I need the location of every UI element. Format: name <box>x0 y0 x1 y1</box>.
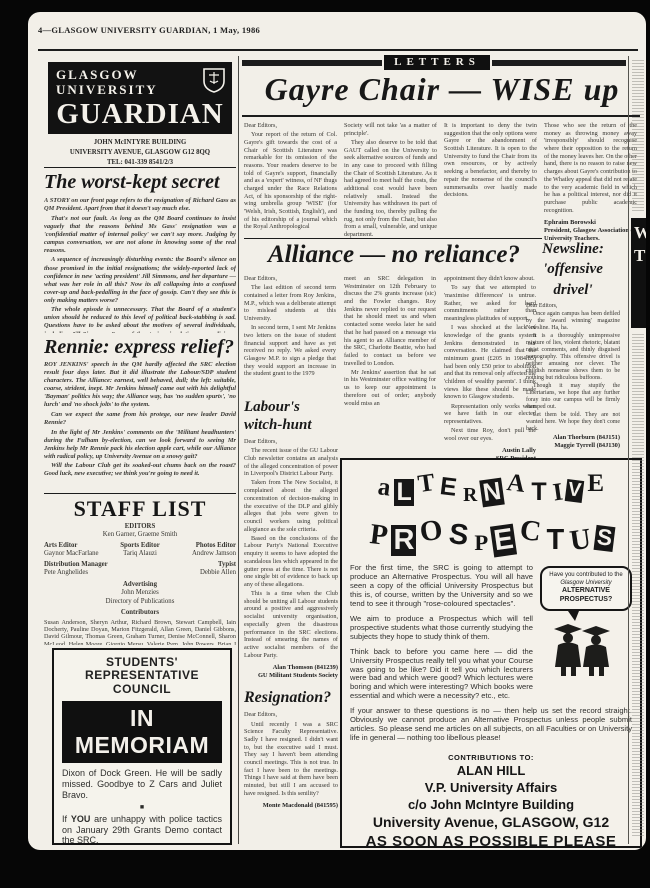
page-header: 4—GLASGOW UNIVERSITY GUARDIAN, 1 May, 19… <box>38 25 260 35</box>
contributions-address-1: c/o John McIntyre Building <box>350 797 632 814</box>
edge-cutoff-text <box>632 334 644 838</box>
staff-list-heading: STAFF LIST <box>44 496 236 522</box>
staff-photos-name: Andrew Jamson <box>172 550 236 558</box>
letters-section-label: LETTERS <box>384 55 490 70</box>
address-line2: UNIVERSITY AVENUE, GLASGOW G12 8QQ <box>48 148 232 158</box>
editorial2-body: ROY JENKINS' speech in the QM hardly aff… <box>44 361 236 480</box>
masthead-line1: GLASGOW <box>56 68 139 82</box>
contributions-block: CONTRIBUTIONS TO: ALAN HILL V.P. Univers… <box>350 753 632 850</box>
staff-list: EDITORS Ken Garner, Graeme Smith Arts Ed… <box>44 523 236 645</box>
staff-dist-label: Distribution Manager <box>44 561 140 569</box>
witchhunt-signature-name: Alan Thomson (841239) <box>244 664 338 672</box>
staff-advertising-name: John Menzies <box>44 589 236 597</box>
prospectus-para-4: If your answer to these questions is no … <box>350 707 632 743</box>
scanned-newspaper-page: { "page_header": "4—GLASGOW UNIVERSITY G… <box>0 0 650 888</box>
staff-contributors-label: Contributors <box>44 609 236 617</box>
src-advert: STUDENTS' REPRESENTATIVE COUNCIL IN MEMO… <box>52 648 232 845</box>
src-org-line1: STUDENTS' <box>62 656 222 669</box>
contributions-label: CONTRIBUTIONS TO: <box>350 753 632 763</box>
masthead-line2: UNIVERSITY <box>56 83 158 97</box>
square-bullet-icon: ■ <box>62 804 222 811</box>
alliance-column-3: appointment they didn't know about.To sa… <box>444 275 536 464</box>
src-org-line3: COUNCIL <box>62 683 222 696</box>
newsline-body: Dear Editors,Once again campus has been … <box>526 303 620 431</box>
alliance-signature-name: Austin Lally <box>444 447 536 455</box>
alliance-column-1: Dear Editors,The last edition of second … <box>244 275 336 379</box>
staff-arts-name: Gaynor MacFarlane <box>44 550 108 558</box>
graduates-cartoon-icon <box>540 672 620 681</box>
src-paragraph-1: Dixon of Dock Green. He will be sadly mi… <box>62 768 222 800</box>
prospectus-title-line2: PROSPECTUS <box>350 508 632 556</box>
staff-arts-label: Arts Editor <box>44 542 108 550</box>
divider <box>38 49 638 51</box>
resignation-body: Dear Editors,Until recently I was a SRC … <box>244 711 338 799</box>
bubble-line1: Have you contributed to the <box>545 572 627 580</box>
university-crest-icon <box>201 67 227 98</box>
newsline-headline-1: Newsline: <box>526 239 620 259</box>
staff-sports-label: Sports Editor <box>108 542 172 550</box>
bubble-line4: PROSPECTUS? <box>545 596 627 605</box>
staff-advertising-label: Advertising <box>44 581 236 589</box>
staff-editors-label: EDITORS <box>44 523 236 531</box>
gayre-signature-name: Ephraim Borowski <box>544 219 637 227</box>
staff-contributors: Susan Anderson, Sheryn Arthur, Richard B… <box>44 619 236 645</box>
resignation-signature: Monte Macdonald (841595) <box>244 802 338 810</box>
alliance-headline: Alliance — no reliance? <box>244 241 544 269</box>
edge-divider <box>628 56 629 844</box>
alternative-prospectus-advert: aLTERNATIVE PROSPECTUS Have you contribu… <box>340 458 642 848</box>
divider <box>242 115 640 117</box>
in-memoriam-banner: IN MEMORIAM <box>62 701 222 763</box>
letters-bar-right <box>492 60 626 66</box>
masthead-address: JOHN McINTYRE BUILDING UNIVERSITY AVENUE… <box>48 138 232 169</box>
gayre-column-4-text: Those who see the return of the money as… <box>544 122 637 216</box>
resignation-headline: Resignation? <box>244 689 338 707</box>
divider <box>244 238 542 239</box>
staff-dist-name: Pete Anghelides <box>44 569 140 577</box>
witchhunt-headline-1: Labour's <box>244 398 338 416</box>
staff-photos-label: Photos Editor <box>172 542 236 550</box>
prospectus-title-line1: aLTERNATIVE <box>350 464 632 506</box>
edge-cutoff-text <box>632 60 644 212</box>
staff-typist-name: Debbie Allen <box>140 569 236 577</box>
masthead-title: GUARDIAN <box>48 100 232 129</box>
speech-bubble: Have you contributed to the Glasgow Univ… <box>540 566 632 611</box>
src-org-line2: REPRESENTATIVE <box>62 669 222 682</box>
contributions-urgency: AS SOON AS POSSIBLE PLEASE <box>350 832 632 850</box>
divider <box>44 167 236 168</box>
edge-cutoff-headline: W T <box>631 218 646 328</box>
gayre-column-1: Dear Editors,Your report of the return o… <box>244 122 337 233</box>
contributions-address-2: University Avenue, GLASGOW, G12 <box>350 813 632 831</box>
editorial2-title: Rennie: express relief? <box>44 336 234 359</box>
alliance-column-3-text: appointment they didn't know about.To sa… <box>444 275 536 444</box>
prospectus-body: Have you contributed to the Glasgow Univ… <box>350 564 632 748</box>
masthead: GLASGOW UNIVERSITY GUARDIAN <box>48 62 232 134</box>
staff-advertising-sub: Directory of Publications <box>44 598 236 606</box>
address-line1: JOHN McINTYRE BUILDING <box>48 138 232 148</box>
gayre-column-4: Those who see the return of the money as… <box>544 122 637 244</box>
newsline-headline-2: 'offensive <box>526 259 620 279</box>
gayre-column-3: It is important to deny the twin suggest… <box>444 122 537 200</box>
staff-sports-name: Tariq Alauzi <box>108 550 172 558</box>
witchhunt-body: Dear Editors,The recent issue of the GU … <box>244 438 338 661</box>
witchhunt-headline-2: witch-hunt <box>244 416 338 434</box>
newsline-signature-2: Maggie Tyrrell (84J130) <box>526 442 620 450</box>
contributions-name: ALAN HILL <box>350 763 632 780</box>
contributions-role: V.P. University Affairs <box>350 780 632 797</box>
src-p2-emphasis: YOU <box>71 814 91 824</box>
editorial1-title: The worst-kept secret <box>44 171 220 194</box>
editorial1-body: A STORY on our front page refers to the … <box>44 197 236 333</box>
edge-headline-fragment-1: W <box>634 222 646 245</box>
alliance-column-2: meet an SRC delegation in Westminster on… <box>344 275 436 409</box>
bubble-line2: Glasgow University <box>545 580 627 588</box>
newsline-headline-3: drivel' <box>526 280 620 300</box>
newsline-letter: Newsline: 'offensive drivel' Dear Editor… <box>526 239 620 450</box>
speech-bubble-tail <box>568 611 579 621</box>
gayre-column-2: Society will not take 'as a matter of pr… <box>344 122 437 240</box>
prospectus-bubble-block: Have you contributed to the Glasgow Univ… <box>540 566 632 681</box>
src-paragraph-2: If YOU are unhappy with police tactics o… <box>62 814 222 846</box>
src-p2-pre: If <box>62 814 71 824</box>
witchhunt-letter: Labour's witch-hunt Dear Editors,The rec… <box>244 398 338 810</box>
bubble-line3: ALTERNATIVE <box>545 587 627 596</box>
staff-typist-label: Typist <box>140 561 236 569</box>
witchhunt-signature-org: GU Militant Students Society <box>244 672 338 680</box>
newspaper-page: 4—GLASGOW UNIVERSITY GUARDIAN, 1 May, 19… <box>28 12 646 850</box>
gayre-headline: Gayre Chair — WISE up <box>242 71 642 108</box>
newsline-signature-1: Alan Thorburn (84J151) <box>526 434 620 442</box>
gayre-letter: Dear Editors,Your report of the return o… <box>244 122 642 244</box>
letters-bar-left <box>242 60 382 66</box>
column-divider <box>238 56 239 844</box>
staff-editors: Ken Garner, Graeme Smith <box>44 531 236 539</box>
edge-headline-fragment-2: T <box>634 245 646 268</box>
divider <box>44 493 236 494</box>
